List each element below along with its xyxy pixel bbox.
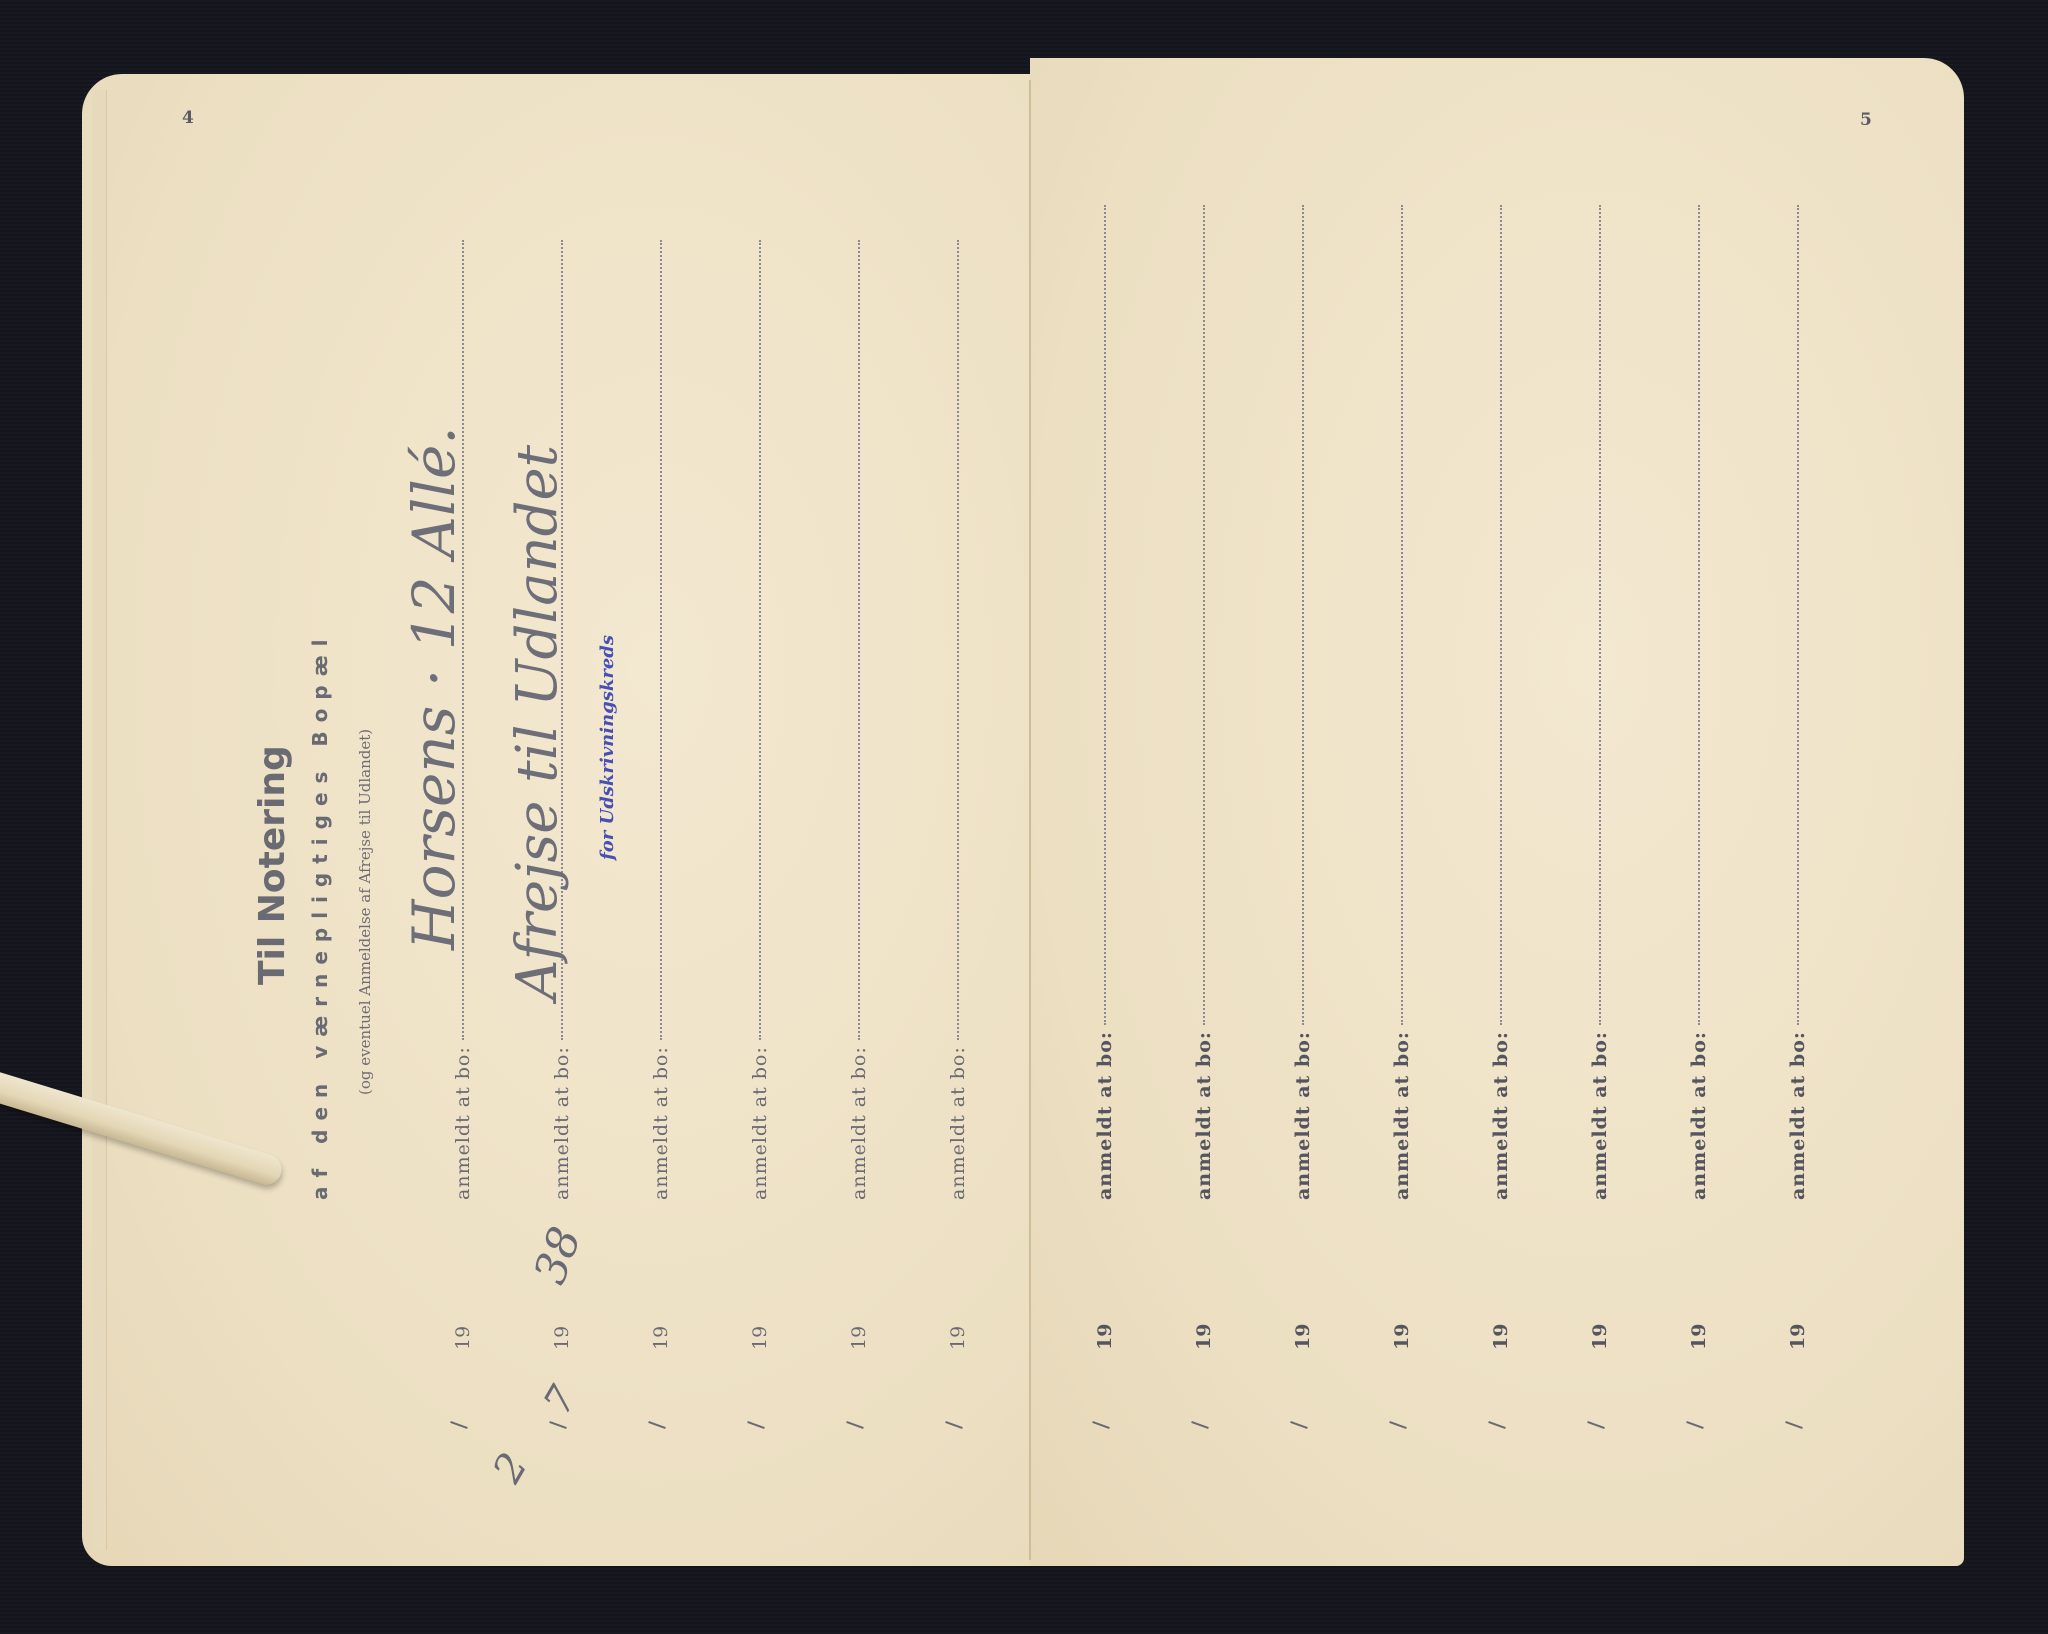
address-row[interactable]: anmeldt at bo:	[1589, 205, 1611, 1200]
address-row[interactable]: anmeldt at bo:	[1490, 205, 1512, 1200]
handwritten-departure: Afrejse til Udlandet	[505, 445, 570, 1000]
row-label: anmeldt at bo:	[947, 1046, 969, 1200]
address-row[interactable]: anmeldt at bo:	[1193, 205, 1215, 1200]
form-parenthetical: (og eventuel Anmeldelse af Afrejse til U…	[356, 729, 374, 1095]
dotted-line	[1203, 205, 1205, 1025]
address-row[interactable]: anmeldt at bo:	[1391, 205, 1413, 1200]
dotted-line	[1302, 205, 1304, 1025]
page-number-right: 5	[1860, 110, 1872, 130]
row-label: anmeldt at bo:	[1589, 1031, 1611, 1200]
row-label: anmeldt at bo:	[1391, 1031, 1413, 1200]
row-label: anmeldt at bo:	[1094, 1031, 1116, 1200]
dotted-line	[1698, 205, 1700, 1025]
year-field[interactable]: 19	[848, 1326, 870, 1350]
blue-stamp: for Udskrivningskreds	[597, 635, 618, 860]
dotted-line	[1104, 205, 1106, 1025]
row-label: anmeldt at bo:	[452, 1046, 474, 1200]
page-number-left: 4	[182, 108, 194, 128]
dotted-line	[660, 240, 662, 1040]
booklet-spread: 4 5 Til Notering af den værnepligtiges B…	[0, 0, 2048, 1634]
row-label: anmeldt at bo:	[1490, 1031, 1512, 1200]
dotted-line	[1500, 205, 1502, 1025]
row-label: anmeldt at bo:	[551, 1046, 573, 1200]
address-row[interactable]: anmeldt at bo:	[1688, 205, 1710, 1200]
address-row[interactable]: anmeldt at bo:	[650, 240, 672, 1200]
row-label: anmeldt at bo:	[1292, 1031, 1314, 1200]
year-field[interactable]: 19	[1688, 1324, 1710, 1350]
row-label: anmeldt at bo:	[650, 1046, 672, 1200]
year-field[interactable]: 19	[650, 1326, 672, 1350]
year-field[interactable]: 19	[749, 1326, 771, 1350]
year-field[interactable]: 19	[1589, 1324, 1611, 1350]
binding-fold	[1029, 80, 1031, 1560]
handwritten-address: Horsens · 12 Allé.	[400, 426, 468, 950]
year-field[interactable]: 19	[1391, 1324, 1413, 1350]
dotted-line	[1599, 205, 1601, 1025]
dotted-line	[1797, 205, 1799, 1025]
year-field[interactable]: 19	[1490, 1324, 1512, 1350]
year-field[interactable]: 19	[551, 1326, 573, 1350]
year-field[interactable]: 19	[1292, 1324, 1314, 1350]
row-label: anmeldt at bo:	[1787, 1031, 1809, 1200]
row-label: anmeldt at bo:	[749, 1046, 771, 1200]
year-field[interactable]: 19	[1094, 1324, 1116, 1350]
row-label: anmeldt at bo:	[1193, 1031, 1215, 1200]
year-field[interactable]: 19	[947, 1326, 969, 1350]
address-row[interactable]: anmeldt at bo:	[1787, 205, 1809, 1200]
row-label: anmeldt at bo:	[848, 1046, 870, 1200]
address-row[interactable]: anmeldt at bo:	[1094, 205, 1116, 1200]
address-row[interactable]: anmeldt at bo:	[848, 240, 870, 1200]
row-label: anmeldt at bo:	[1688, 1031, 1710, 1200]
form-subtitle: af den værnepligtiges Bopæl	[308, 630, 332, 1200]
form-title: Til Notering	[252, 745, 293, 985]
dotted-line	[957, 240, 959, 1040]
address-row[interactable]: anmeldt at bo:	[749, 240, 771, 1200]
address-row[interactable]: anmeldt at bo:	[1292, 205, 1314, 1200]
page-edge	[92, 90, 107, 1550]
dotted-line	[1401, 205, 1403, 1025]
address-row[interactable]: anmeldt at bo:	[947, 240, 969, 1200]
year-field[interactable]: 19	[452, 1326, 474, 1350]
dotted-line	[858, 240, 860, 1040]
year-field[interactable]: 19	[1193, 1324, 1215, 1350]
dotted-line	[759, 240, 761, 1040]
year-field[interactable]: 19	[1787, 1324, 1809, 1350]
